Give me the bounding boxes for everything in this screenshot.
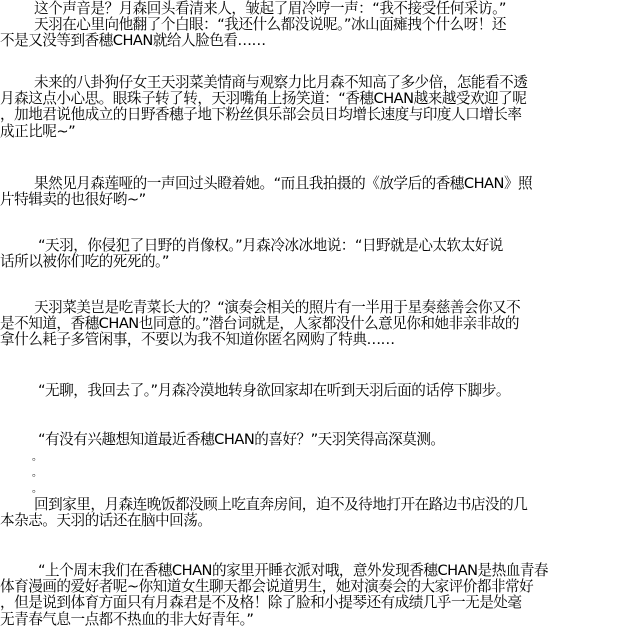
text-line: 体育漫画的爱好者呢~你知道女生聊天都会说道男生，她对演奏会的大家评价都非常好 [0, 579, 612, 595]
text-line: ，但是说到体育方面只有月森君是不及格！除了脸和小提琴还有成绩几乎一无是处毫 [0, 595, 612, 611]
paragraph-4: 果然见月森莲哑的一声回过头瞪着她。“而且我拍摄的《放学后的香穗CHAN》照 片特… [0, 176, 612, 208]
paragraph-3: 未来的八卦狗仔女王天羽菜美情商与观察力比月森不知高了多少倍，怎能看不透 月森这点… [0, 75, 612, 140]
text-line: 回到家里，月森连晚饭都没顾上吃直奔房间，迫不及待地打开在路边书店没的几 [0, 497, 612, 513]
text-line: 话所以被你们吃的死死的。” [0, 254, 612, 270]
text-line: 这个声音是？月森回头看清来人，皱起了眉冷哼一声：“我不接受任何采访。” [0, 1, 612, 17]
text-line: 不是又没等到香穗CHAN就给人脸色看…… [0, 33, 612, 49]
ellipsis-dot: 。 [32, 453, 42, 463]
text-line: 成正比呢~” [0, 124, 612, 140]
paragraph-2: 天羽在心里向他翻了个白眼：“我还什么都没说呢。”冰山面瘫拽个什么呀！还 不是又没… [0, 17, 612, 49]
text-line: “无聊，我回去了。”月森冷漠地转身欲回家却在听到天羽后面的话停下脚步。 [0, 383, 612, 399]
paragraph-1: 这个声音是？月森回头看清来人，皱起了眉冷哼一声：“我不接受任何采访。” [0, 1, 612, 17]
text-line: 天羽在心里向他翻了个白眼：“我还什么都没说呢。”冰山面瘫拽个什么呀！还 [0, 17, 612, 33]
paragraph-8: “有没有兴趣想知道最近香穗CHAN的喜好？”天羽笑得高深莫测。 [0, 432, 612, 448]
paragraph-7: “无聊，我回去了。”月森冷漠地转身欲回家却在听到天羽后面的话停下脚步。 [0, 383, 612, 399]
text-line: “天羽，你侵犯了日野的肖像权。”月森冷冰冰地说：“日野就是心太软太好说 [0, 238, 612, 254]
text-line: “有没有兴趣想知道最近香穗CHAN的喜好？”天羽笑得高深莫测。 [0, 432, 612, 448]
text-line: 拿什么耗子多管闲事，不要以为我不知道你匿名网购了特典…… [0, 332, 612, 348]
text-line: 月森这点小心思。眼珠子转了转，天羽嘴角上扬笑道：“香穗CHAN越来越受欢迎了呢 [0, 91, 612, 107]
text-line: 未来的八卦狗仔女王天羽菜美情商与观察力比月森不知高了多少倍，怎能看不透 [0, 75, 612, 91]
text-line: ，加地君说他成立的日野香穗子地下粉丝俱乐部会员日均增长速度与印度人口增长率 [0, 107, 612, 123]
text-line: 果然见月森莲哑的一声回过头瞪着她。“而且我拍摄的《放学后的香穗CHAN》照 [0, 176, 612, 192]
paragraph-6: 天羽菜美岂是吃青菜长大的？“演奏会相关的照片有一半用于星奏慈善会你又不 是不知道… [0, 300, 612, 349]
paragraph-5: “天羽，你侵犯了日野的肖像权。”月森冷冰冰地说：“日野就是心太软太好说 话所以被… [0, 238, 612, 270]
text-line: 天羽菜美岂是吃青菜长大的？“演奏会相关的照片有一半用于星奏慈善会你又不 [0, 300, 612, 316]
text-line: 无青春气息一点都不热血的非大好青年。” [0, 612, 612, 628]
paragraph-10: “上个周末我们在香穗CHAN的家里开睡衣派对哦，意外发现香穗CHAN是热血青春 … [0, 563, 612, 628]
text-line: 是不知道，香穗CHAN也同意的。”潜台词就是，人家都没什么意见你和她非亲非故的 [0, 316, 612, 332]
ellipsis-dot: 。 [32, 485, 42, 495]
ellipsis-dot: 。 [32, 469, 42, 479]
text-line: 本杂志。天羽的话还在脑中回荡。 [0, 513, 612, 529]
text-line: “上个周末我们在香穗CHAN的家里开睡衣派对哦，意外发现香穗CHAN是热血青春 [0, 563, 612, 579]
paragraph-9: 回到家里，月森连晚饭都没顾上吃直奔房间，迫不及待地打开在路边书店没的几 本杂志。… [0, 497, 612, 529]
text-line: 片特辑卖的也很好哟~” [0, 192, 612, 208]
